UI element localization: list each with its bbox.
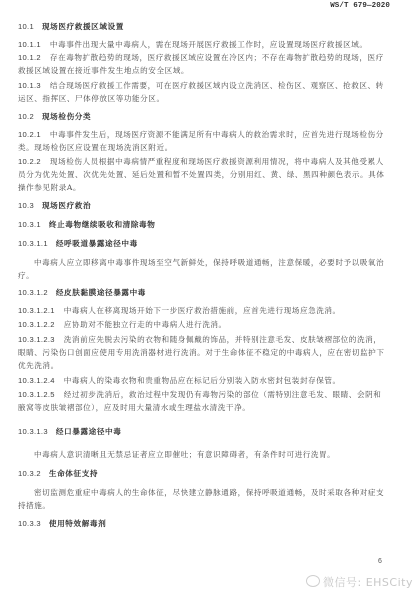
section-heading: 10.3.1.1经呼吸道暴露途径中毒 — [18, 239, 392, 249]
paragraph-line: 救援区域设置在接近事件发生地点的安全区域。 — [18, 66, 392, 76]
section-heading: 10.3.2生命体征支持 — [18, 469, 392, 479]
paragraph-text: 中毒病人的染毒衣物和贵重物品应在标记后分别装入防水密封包装封存保管。 — [64, 376, 341, 385]
clause-number: 10.1.3 — [18, 81, 41, 91]
standard-code-header: WS/T 679—2020 — [330, 2, 390, 10]
section-number: 10.3.1.2 — [18, 288, 48, 298]
section-title: 现场医疗救治 — [42, 201, 91, 210]
paragraph-line: 疗。 — [18, 271, 392, 281]
paragraph-line: 10.2.1中毒事件发生后，现场医疗资源不能满足所有中毒病人的救治需求时，应首先… — [18, 130, 392, 140]
paragraph-text: 密切监测危重症中毒病人的生命体征，尽快建立静脉通路，保持呼吸道通畅，及时采取各种… — [34, 488, 384, 497]
paragraph-line: 10.1.3结合现场医疗救援工作需要，可在医疗救援区域内设立洗消区、检伤区、观察… — [18, 81, 392, 91]
section-title: 经呼吸道暴露途径中毒 — [56, 239, 138, 248]
paragraph-text: 经过初步洗消后，救治过程中发现仍有毒物污染的部位（需特别注意毛发、眼睛、会阴和 — [64, 390, 382, 399]
section-number: 10.1 — [18, 22, 34, 32]
clause-number: 10.3.1.2.4 — [18, 376, 55, 386]
paragraph-text: 腋窝等皮肤皱褶部位），应及时用大量清水或生理盐水清洗干净。 — [18, 403, 250, 412]
paragraph-text: 结合现场医疗救援工作需要，可在医疗救援区域内设立洗消区、检伤区、观察区、抢救区、… — [50, 81, 384, 90]
paragraph-text: 应协助对不能独立行走的中毒病人进行洗消。 — [64, 320, 227, 329]
paragraph-line: 类。现场检伤区应设置在现场洗消区附近。 — [18, 143, 392, 153]
section-number: 10.3.1 — [18, 220, 41, 230]
paragraph-text: 运区、指挥区、尸体停放区等功能分区。 — [18, 94, 165, 103]
section-heading: 10.2现场检伤分类 — [18, 112, 392, 122]
paragraph-line: 持措施。 — [18, 501, 392, 511]
section-number: 10.3.2 — [18, 469, 41, 479]
paragraph-line: 10.2.2现场检伤人员根据中毒病情严重程度和现场医疗救援资源利用情况，将中毒病… — [18, 157, 392, 167]
paragraph-line: 运区、指挥区、尸体停放区等功能分区。 — [18, 94, 392, 104]
document-page: WS/T 679—2020 10.1现场医疗救援区域设置10.1.1中毒事件出现… — [0, 0, 420, 593]
clause-number: 10.3.1.2.3 — [18, 335, 55, 345]
paragraph-text: 操作参见附录A。 — [18, 183, 81, 192]
section-title: 经皮肤黏膜途径暴露中毒 — [56, 288, 146, 297]
paragraph-text: 洗消前应先脱去污染的衣物和随身佩戴的饰品，并特别注意毛发、皮肤皱褶部位的洗消， — [64, 335, 382, 344]
paragraph-line: 10.3.1.2.5经过初步洗消后，救治过程中发现仍有毒物污染的部位（需特别注意… — [18, 390, 392, 400]
wechat-icon — [306, 575, 320, 587]
clause-number: 10.2.1 — [18, 130, 41, 140]
clause-number: 10.3.1.2.2 — [18, 320, 55, 330]
section-heading: 10.3.1.2经皮肤黏膜途径暴露中毒 — [18, 288, 392, 298]
page-number: 6 — [378, 558, 382, 565]
paragraph-text: 中毒病人在移离现场开始下一步医疗救治措施前，应首先进行现场应急洗消。 — [64, 306, 341, 315]
paragraph-text: 眼睛、污染伤口创面应使用专用洗消器材进行洗消。对于生命体征不稳定的中毒病人，应在… — [18, 348, 384, 357]
section-heading: 10.1现场医疗救援区域设置 — [18, 22, 392, 32]
clause-number: 10.2.2 — [18, 157, 41, 167]
paragraph-text: 救援区域设置在接近事件发生地点的安全区域。 — [18, 66, 189, 75]
paragraph-line: 操作参见附录A。 — [18, 183, 392, 193]
paragraph-text: 存在毒物扩散趋势的现场，医疗救援区域应设置在冷区内；不存在毒物扩散趋势的现场，医… — [50, 53, 384, 62]
paragraph-line: 10.1.2存在毒物扩散趋势的现场，医疗救援区域应设置在冷区内；不存在毒物扩散趋… — [18, 53, 392, 63]
clause-number: 10.3.1.2.5 — [18, 390, 55, 400]
section-number: 10.3 — [18, 201, 34, 211]
section-number: 10.3.3 — [18, 519, 41, 529]
paragraph-line: 密切监测危重症中毒病人的生命体征，尽快建立静脉通路，保持呼吸道通畅，及时采取各种… — [18, 488, 392, 498]
paragraph-line: 腋窝等皮肤皱褶部位），应及时用大量清水或生理盐水清洗干净。 — [18, 403, 392, 413]
section-title: 现场医疗救援区域设置 — [42, 22, 124, 31]
paragraph-text: 类。现场检伤区应设置在现场洗消区附近。 — [18, 143, 173, 152]
paragraph-line: 中毒病人应立即移离中毒事件现场至空气新鲜处，保持呼吸道通畅，注意保暖，必要时予以… — [18, 258, 392, 268]
section-number: 10.3.1.3 — [18, 427, 48, 437]
paragraph-line: 眼睛、污染伤口创面应使用专用洗消器材进行洗消。对于生命体征不稳定的中毒病人，应在… — [18, 348, 392, 358]
paragraph-text: 员分为优先处置、次优先处置、延后处置和暂不处置四类，分别用红、黄、绿、黑四种颜色… — [18, 170, 384, 179]
paragraph-text: 中毒病人意识清晰且无禁忌证者应立即催吐；有意识障碍者，有条件时可进行洗胃。 — [34, 450, 335, 459]
paragraph-text: 中毒事件发生后，现场医疗资源不能满足所有中毒病人的救治需求时，应首先进行现场检伤… — [50, 130, 384, 139]
paragraph-line: 10.3.1.2.3洗消前应先脱去污染的衣物和随身佩戴的饰品，并特别注意毛发、皮… — [18, 335, 392, 345]
paragraph-text: 疗。 — [18, 271, 34, 280]
section-title: 现场检伤分类 — [42, 112, 91, 121]
paragraph-line: 10.1.1中毒事件出现大量中毒病人，需在现场开展医疗救援工作时，应设置现场医疗… — [18, 40, 392, 50]
section-heading: 10.3.1.3经口暴露途径中毒 — [18, 427, 392, 437]
section-heading: 10.3.3使用特效解毒剂 — [18, 519, 392, 529]
paragraph-text: 现场检伤人员根据中毒病情严重程度和现场医疗救援资源利用情况，将中毒病人及其他受累… — [50, 157, 384, 166]
section-heading: 10.3.1终止毒物继续吸收和清除毒物 — [18, 220, 392, 230]
paragraph-line: 中毒病人意识清晰且无禁忌证者应立即催吐；有意识障碍者，有条件时可进行洗胃。 — [18, 450, 392, 460]
paragraph-text: 中毒事件出现大量中毒病人，需在现场开展医疗救援工作时，应设置现场医疗救援区域。 — [50, 40, 368, 49]
paragraph-text: 中毒病人应立即移离中毒事件现场至空气新鲜处，保持呼吸道通畅，注意保暖，必要时予以… — [34, 258, 384, 267]
paragraph-text: 持措施。 — [18, 501, 51, 510]
watermark: 微信号: EHSCity — [306, 574, 413, 590]
paragraph-line: 员分为优先处置、次优先处置、延后处置和暂不处置四类，分别用红、黄、绿、黑四种颜色… — [18, 170, 392, 180]
paragraph-line: 优先洗消。 — [18, 361, 392, 371]
section-title: 经口暴露途径中毒 — [56, 427, 122, 436]
watermark-text: 微信号: EHSCity — [323, 576, 413, 589]
section-title: 使用特效解毒剂 — [49, 519, 106, 528]
section-title: 终止毒物继续吸收和清除毒物 — [49, 220, 156, 229]
section-heading: 10.3现场医疗救治 — [18, 201, 392, 211]
section-number: 10.2 — [18, 112, 34, 122]
paragraph-line: 10.3.1.2.2应协助对不能独立行走的中毒病人进行洗消。 — [18, 320, 392, 330]
paragraph-line: 10.3.1.2.1中毒病人在移离现场开始下一步医疗救治措施前，应首先进行现场应… — [18, 306, 392, 316]
paragraph-text: 优先洗消。 — [18, 361, 59, 370]
section-number: 10.3.1.1 — [18, 239, 48, 249]
section-title: 生命体征支持 — [49, 469, 98, 478]
clause-number: 10.3.1.2.1 — [18, 306, 55, 316]
clause-number: 10.1.2 — [18, 53, 41, 63]
clause-number: 10.1.1 — [18, 40, 41, 50]
paragraph-line: 10.3.1.2.4中毒病人的染毒衣物和贵重物品应在标记后分别装入防水密封包装封… — [18, 376, 392, 386]
